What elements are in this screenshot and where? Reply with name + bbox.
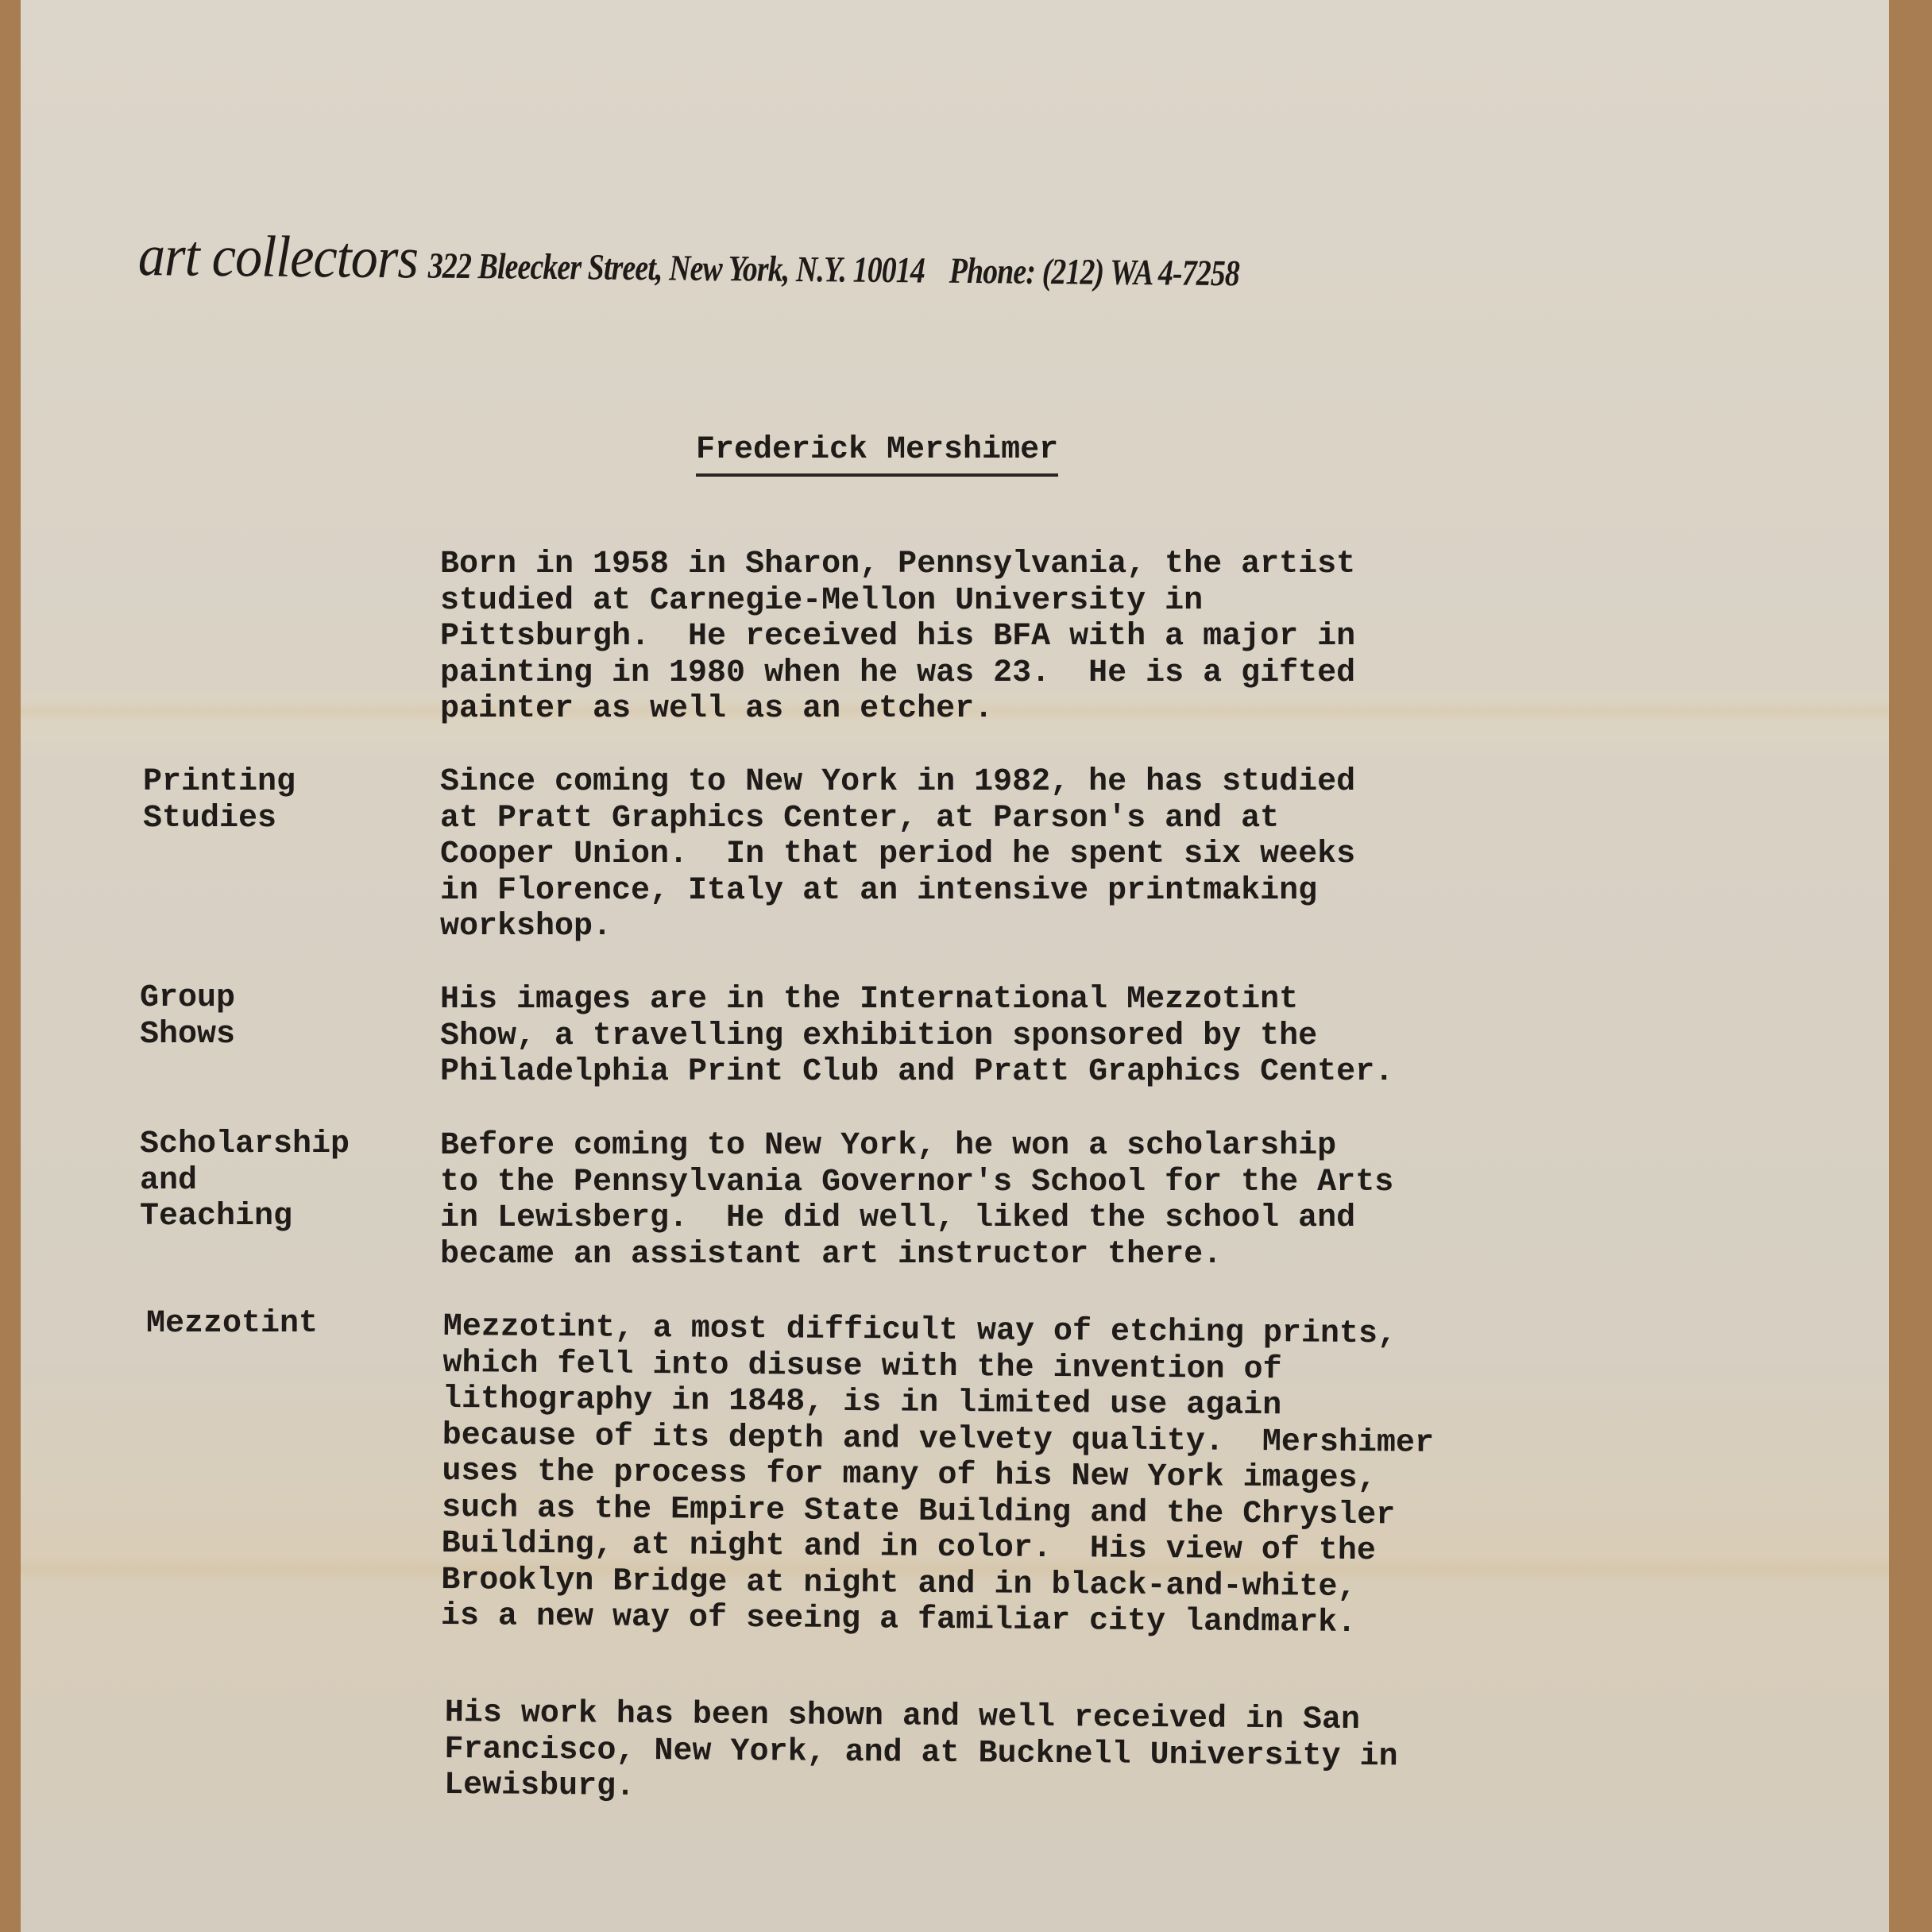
brand-name: art collectors bbox=[138, 222, 419, 292]
intro-paragraph: Born in 1958 in Sharon, Pennsylvania, th… bbox=[440, 547, 1355, 728]
side-label-scholarship-teaching: Scholarship and Teaching bbox=[140, 1126, 350, 1235]
closing-paragraph: His work has been shown and well receive… bbox=[444, 1695, 1398, 1811]
mezzotint-paragraph: Mezzotint, a most difficult way of etchi… bbox=[441, 1309, 1435, 1642]
printing-studies-paragraph: Since coming to New York in 1982, he has… bbox=[440, 764, 1355, 945]
group-shows-paragraph: His images are in the International Mezz… bbox=[440, 982, 1393, 1091]
phone-number: Phone: (212) WA 4-7258 bbox=[949, 249, 1239, 295]
scholarship-teaching-paragraph: Before coming to New York, he won a scho… bbox=[440, 1128, 1393, 1273]
side-label-group-shows: Group Shows bbox=[140, 980, 235, 1053]
letterhead: art collectors 322 Bleecker Street, New … bbox=[138, 222, 1304, 301]
page-title: Frederick Mershimer bbox=[696, 432, 1058, 477]
side-label-mezzotint: Mezzotint bbox=[146, 1306, 318, 1343]
side-label-printing-studies: Printing Studies bbox=[143, 764, 296, 837]
address: 322 Bleecker Street, New York, N.Y. 1001… bbox=[427, 245, 924, 292]
